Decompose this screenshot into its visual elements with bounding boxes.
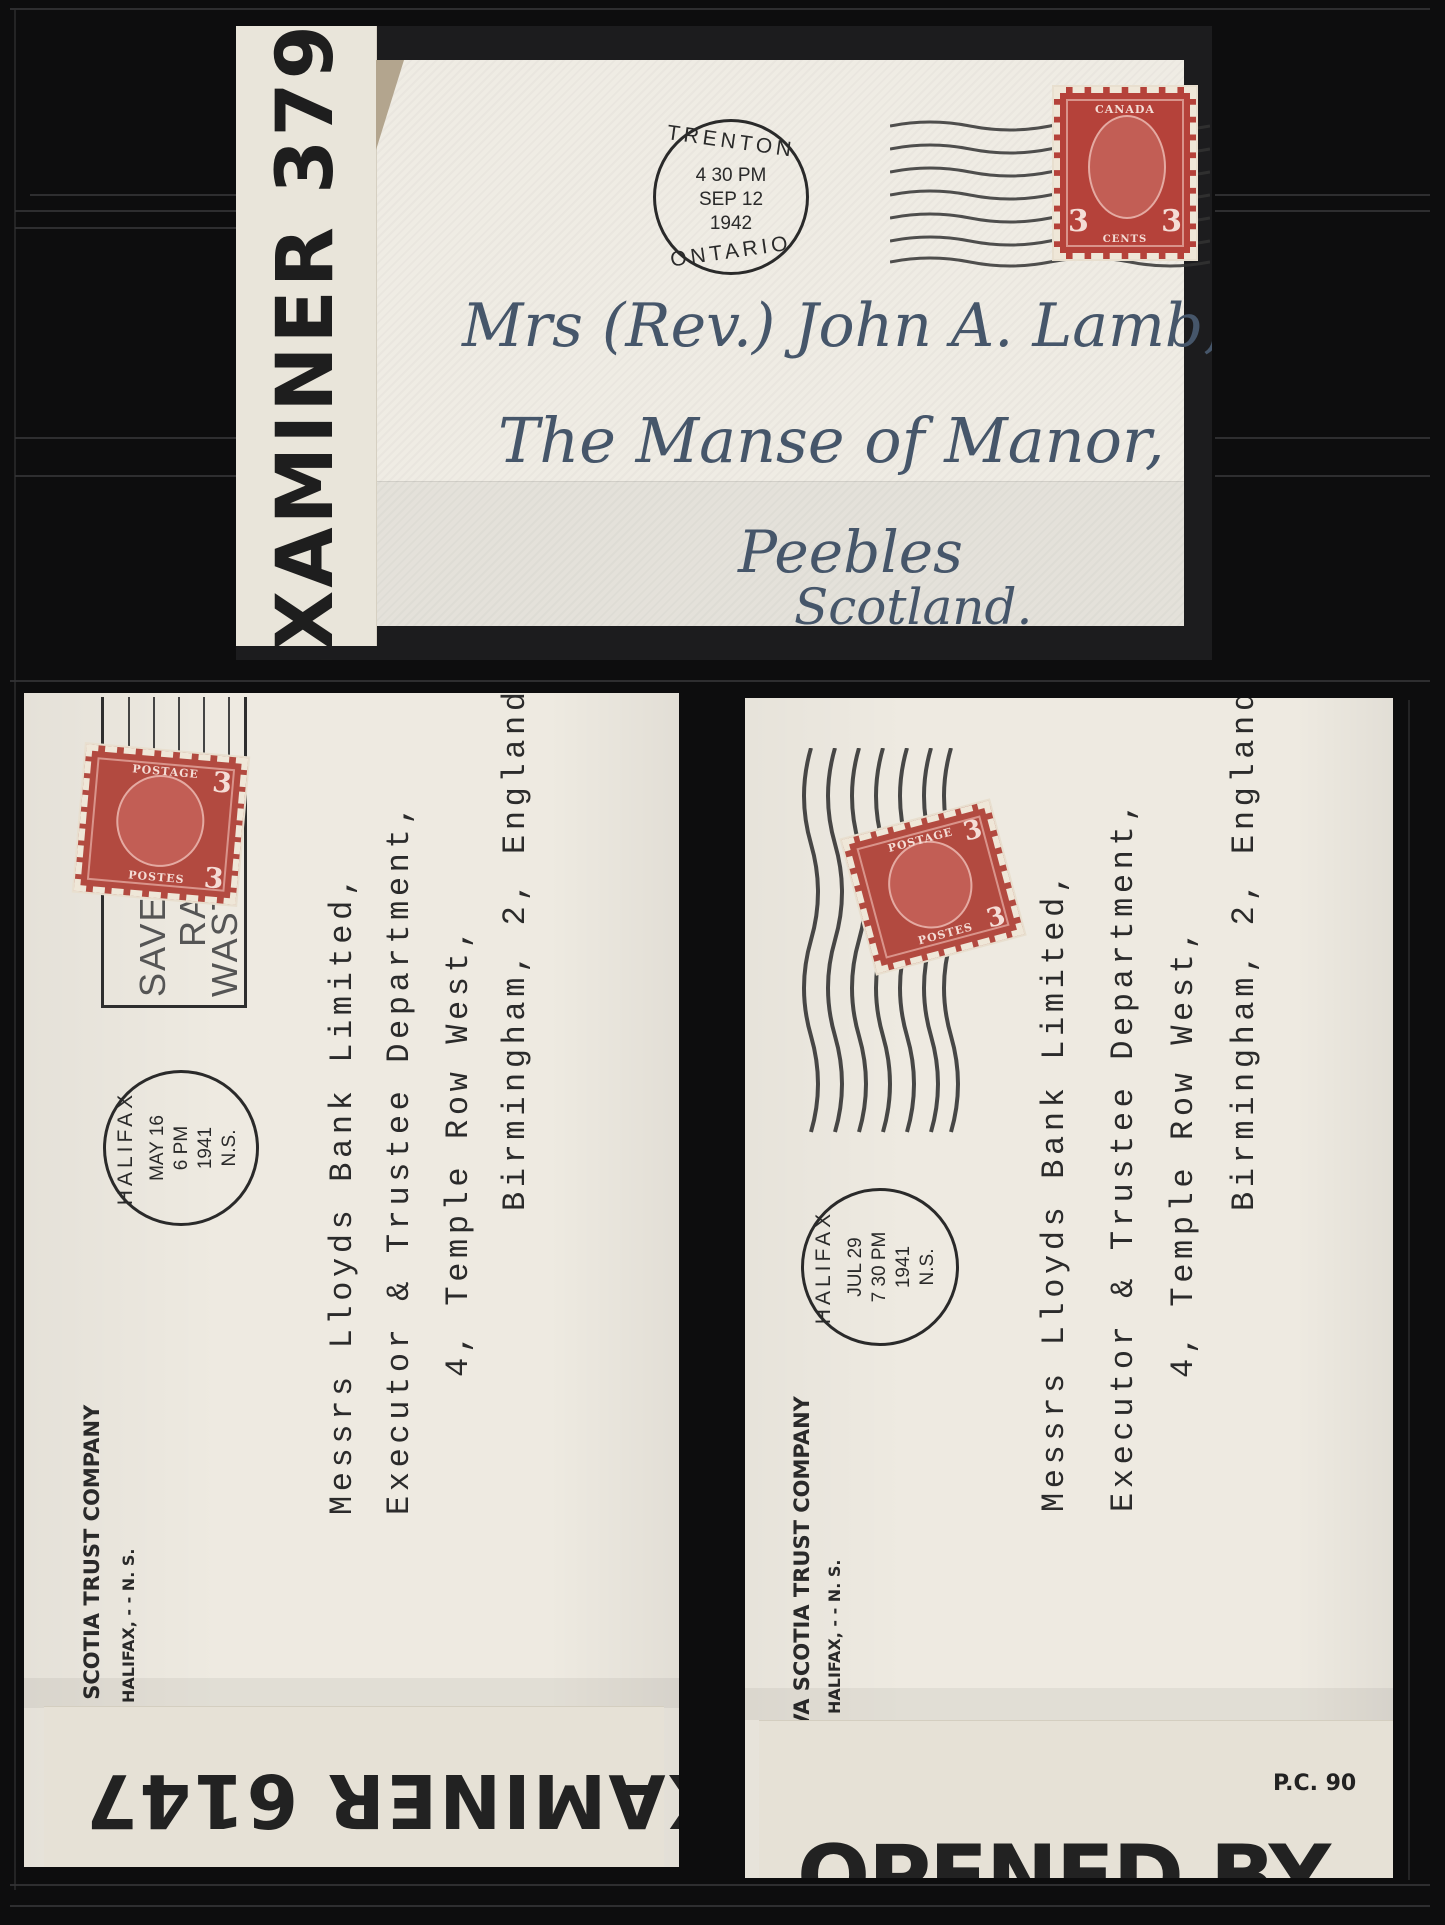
album-strip-line [1408, 700, 1410, 1880]
album-strip-line [15, 210, 240, 212]
postmark-time: 7 30 PM [870, 1191, 889, 1343]
postmark-year: 1941 [196, 1073, 215, 1223]
album-strip-line [14, 10, 16, 1890]
postmark-town: HALIFAX [114, 1073, 138, 1223]
stamp-country: CANADA [1060, 103, 1190, 116]
album-strip-line [10, 1905, 1430, 1907]
stamp-value-word: CENTS [1060, 234, 1190, 245]
address-line-3: Peebles [738, 518, 963, 586]
address-line-2: Executor & Trustee Department, [1105, 798, 1142, 1512]
postmark-date: JUL 29 [846, 1191, 865, 1343]
album-strip-line [15, 227, 240, 229]
album-strip-line [30, 194, 240, 196]
canada-3-cent-stamp: CANADA 3 3 CENTS [1054, 87, 1196, 259]
album-strip-line [15, 437, 240, 439]
album-strip-line [1215, 437, 1430, 439]
album-strip-line [1215, 210, 1430, 212]
postmark-province: N.S. [220, 1073, 239, 1223]
halifax-jul-cover-envelope: POSTAGE POSTES 3 3 HALIFAX JUL 29 7 30 P… [745, 698, 1393, 1878]
address-line-4: Birmingham, 2, England. [1226, 698, 1263, 1211]
address-line-3: 4, Temple Row West, [1165, 926, 1202, 1378]
album-strip-line [1215, 475, 1430, 477]
address-line-3: 4, Temple Row West, [440, 925, 477, 1377]
address-line-1: Messrs Lloyds Bank Limited, [324, 872, 361, 1515]
address-line-4: Scotland. [794, 578, 1032, 636]
album-strip-line [15, 475, 240, 477]
censor-label: EXAMINER 3797 [261, 26, 351, 660]
halifax-postmark: HALIFAX JUL 29 7 30 PM 1941 N.S. [801, 1188, 959, 1346]
postmark-year: 1941 [894, 1191, 913, 1343]
postmark-province: N.S. [918, 1191, 937, 1343]
address-line-2: The Manse of Manor, [498, 404, 1165, 477]
album-strip-line [10, 680, 1430, 682]
postmark-town: HALIFAX [812, 1191, 836, 1343]
tape-flap [376, 60, 404, 150]
postmark-year: 1942 [656, 214, 806, 233]
trenton-cover-envelope: EXAMINER 3797 TRENTON 4 30 PM SEP 12 194… [236, 26, 1212, 660]
censor-label: EXAMINER 6147 [84, 1757, 679, 1843]
censor-tape: P.C. 90 OPENED BY [759, 1720, 1393, 1878]
censor-form-number: P.C. 90 [1273, 1771, 1356, 1796]
address-line-1: Mrs (Rev.) John A. Lamb, [462, 291, 1212, 361]
stamp-value: 3 [211, 765, 233, 800]
address-line-1: Messrs Lloyds Bank Limited, [1036, 869, 1073, 1512]
slogan-save: SAVE [132, 896, 174, 997]
album-strip-line [1215, 194, 1430, 196]
king-portrait-icon [1088, 115, 1166, 219]
address-line-4: Birmingham, 2, England. [497, 693, 534, 1211]
album-strip-line [10, 8, 1430, 10]
halifax-postmark: HALIFAX MAY 16 6 PM 1941 N.S. [103, 1070, 259, 1226]
canada-3-cent-stamp: POSTAGE POSTES 3 3 [74, 744, 248, 905]
censor-tape: EXAMINER 6147 [44, 1706, 664, 1867]
stamp-value: 3 [203, 861, 225, 896]
postmark-time: 4 30 PM [656, 166, 806, 185]
censor-tape: EXAMINER 3797 [236, 26, 377, 646]
postmark-date: SEP 12 [656, 190, 806, 209]
postmark-time: 6 PM [172, 1073, 191, 1223]
album-strip-line [10, 1884, 1430, 1886]
trenton-postmark: TRENTON 4 30 PM SEP 12 1942 ONTARIO [653, 119, 809, 275]
address-line-2: Executor & Trustee Department, [381, 801, 418, 1515]
censor-label: OPENED BY [797, 1827, 1329, 1878]
halifax-may-cover-envelope: SAVE RAGS WASTE POSTAGE POSTES 3 3 HALIF… [24, 693, 679, 1867]
postmark-date: MAY 16 [148, 1073, 167, 1223]
